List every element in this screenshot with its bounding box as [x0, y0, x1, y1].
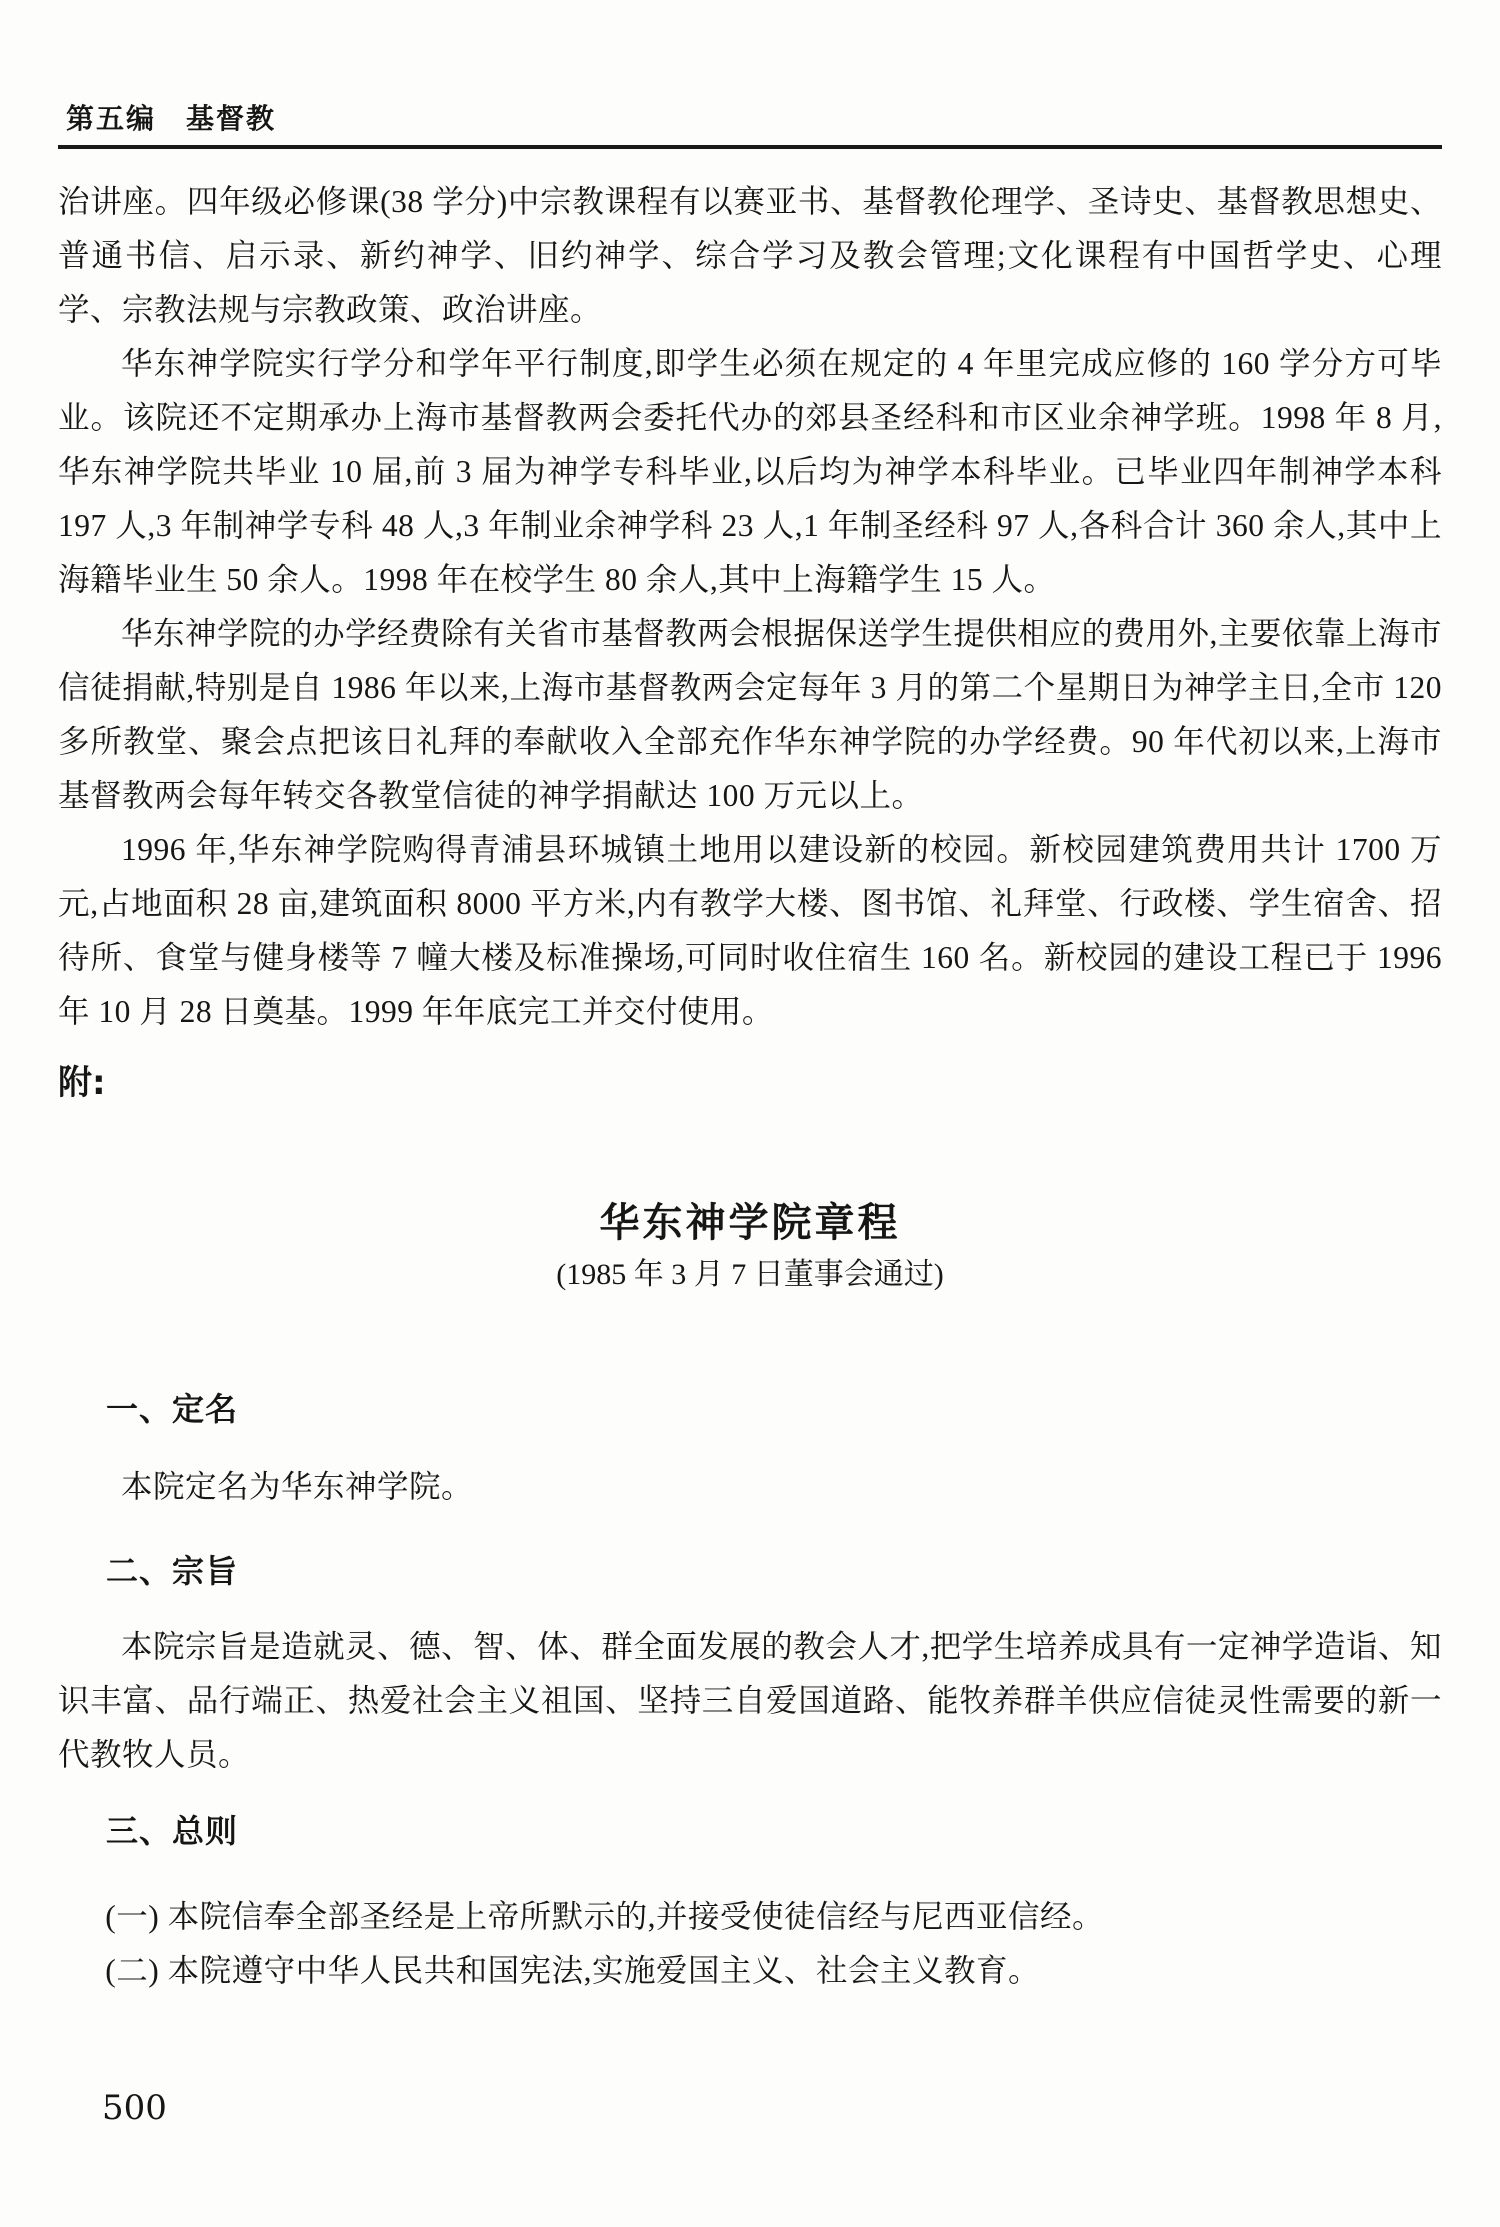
- section-paragraph: 本院定名为华东神学院。: [58, 1460, 1442, 1514]
- body-text: 治讲座。四年级必修课(38 学分)中宗教课程有以赛亚书、基督教伦理学、圣诗史、基…: [58, 175, 1442, 1039]
- section-list-item: (二) 本院遵守中华人民共和国宪法,实施爱国主义、社会主义教育。: [58, 1944, 1442, 1998]
- running-header-text: 第五编 基督教: [66, 102, 276, 135]
- appendix-label: 附:: [58, 1061, 1442, 1105]
- body-paragraph: 华东神学院的办学经费除有关省市基督教两会根据保送学生提供相应的费用外,主要依靠上…: [58, 607, 1442, 823]
- running-header: 第五编 基督教: [66, 102, 1442, 136]
- appendix-title: 华东神学院章程: [58, 1198, 1442, 1248]
- section-heading-zongzhi: 二、宗旨: [58, 1550, 1442, 1592]
- header-rule: [58, 145, 1442, 149]
- body-paragraph-continuation: 治讲座。四年级必修课(38 学分)中宗教课程有以赛亚书、基督教伦理学、圣诗史、基…: [58, 175, 1442, 337]
- page-number: 500: [102, 2088, 167, 2128]
- section-paragraph: 本院宗旨是造就灵、德、智、体、群全面发展的教会人才,把学生培养成具有一定神学造诣…: [58, 1620, 1442, 1782]
- section-list-item: (一) 本院信奉全部圣经是上帝所默示的,并接受使徒信经与尼西亚信经。: [58, 1890, 1442, 1944]
- appendix-subtitle: (1985 年 3 月 7 日董事会通过): [58, 1254, 1442, 1296]
- section-heading-zongze: 三、总则: [58, 1810, 1442, 1852]
- body-paragraph: 华东神学院实行学分和学年平行制度,即学生必须在规定的 4 年里完成应修的 160…: [58, 337, 1442, 607]
- body-paragraph: 1996 年,华东神学院购得青浦县环城镇土地用以建设新的校园。新校园建筑费用共计…: [58, 823, 1442, 1039]
- document-page: 第五编 基督教 治讲座。四年级必修课(38 学分)中宗教课程有以赛亚书、基督教伦…: [0, 0, 1500, 2227]
- section-heading-dingming: 一、定名: [58, 1388, 1442, 1430]
